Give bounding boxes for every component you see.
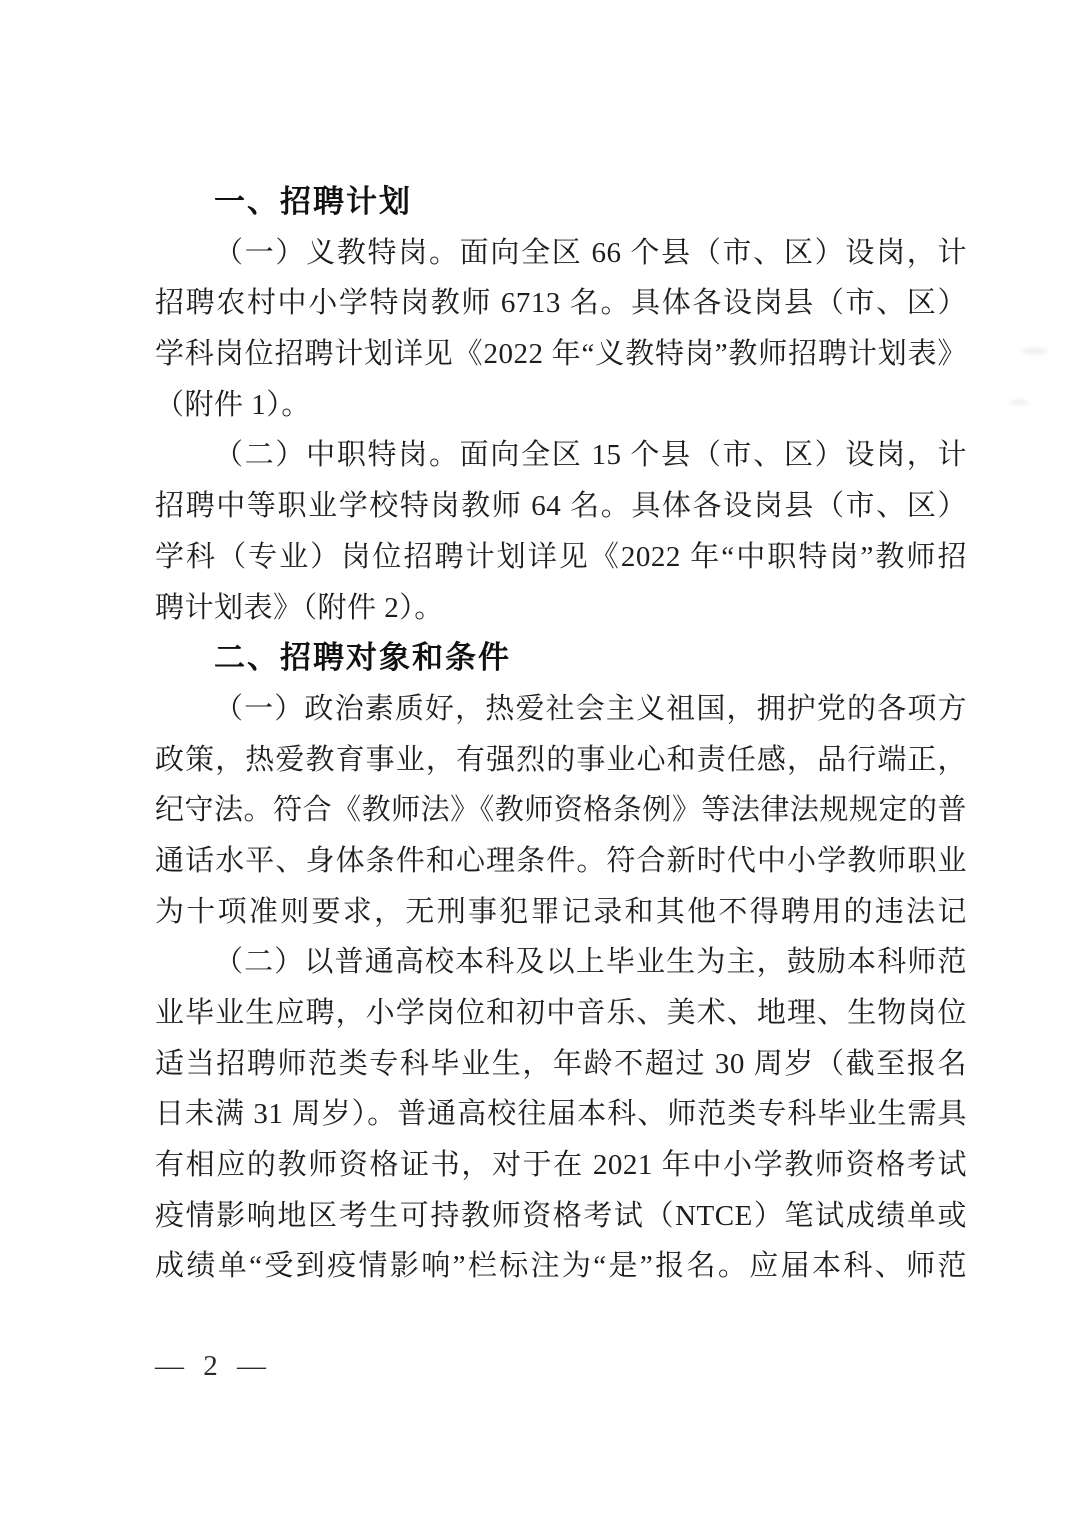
- text-line: 有相应的教师资格证书，对于在 2021 年中小学教师资格考试受: [155, 1140, 967, 1191]
- scan-artifact: [1022, 348, 1048, 354]
- scan-artifact: [1010, 400, 1028, 405]
- text-line: 成绩单“受到疫情影响”栏标注为“是”报名。应届本科、师范: [155, 1241, 967, 1292]
- text-line: 通话水平、身体条件和心理条件。符合新时代中小学教师职业行: [155, 836, 967, 887]
- text-line: （二）以普通高校本科及以上毕业生为主，鼓励本科师范专: [155, 937, 967, 988]
- text-line: 疫情影响地区考生可持教师资格考试（NTCE）笔试成绩单或面试: [155, 1191, 967, 1242]
- text-line: 招聘中等职业学校特岗教师 64 名。具体各设岗县（市、区）分: [155, 481, 967, 532]
- document-page: 一、招聘计划 （一）义教特岗。面向全区 66 个县（市、区）设岗，计划 招聘农村…: [0, 0, 1080, 1528]
- text-line: 学科岗位招聘计划详见《2022 年“义教特岗”教师招聘计划表》: [155, 329, 967, 380]
- text-line: （一）义教特岗。面向全区 66 个县（市、区）设岗，计划: [155, 228, 967, 279]
- text-line: 招聘农村中小学特岗教师 6713 名。具体各设岗县（市、区）分: [155, 278, 967, 329]
- text-line: 政策，热爱教育事业，有强烈的事业心和责任感，品行端正，遵: [155, 735, 967, 786]
- text-line: 纪守法。符合《教师法》《教师资格条例》等法律法规规定的普: [155, 785, 967, 836]
- text-line: （一）政治素质好，热爱社会主义祖国，拥护党的各项方针、: [155, 684, 967, 735]
- text-line: （二）中职特岗。面向全区 15 个县（市、区）设岗，计划: [155, 430, 967, 481]
- text-line: 为十项准则要求，无刑事犯罪记录和其他不得聘用的违法记录。: [155, 887, 967, 938]
- section-heading-recruitment-targets: 二、招聘对象和条件: [155, 633, 967, 684]
- text-line: 聘计划表》（附件 2）。: [155, 583, 967, 634]
- document-body: 一、招聘计划 （一）义教特岗。面向全区 66 个县（市、区）设岗，计划 招聘农村…: [155, 177, 967, 1292]
- text-line: 学科（专业）岗位招聘计划详见《2022 年“中职特岗”教师招: [155, 532, 967, 583]
- section-heading-recruitment-plan: 一、招聘计划: [155, 177, 967, 228]
- text-line: 业毕业生应聘，小学岗位和初中音乐、美术、地理、生物岗位可: [155, 988, 967, 1039]
- text-line: 日未满 31 周岁）。普通高校往届本科、师范类专科毕业生需具: [155, 1089, 967, 1140]
- text-line: （附件 1）。: [155, 380, 967, 431]
- text-line: 适当招聘师范类专科毕业生，年龄不超过 30 周岁（截至报名首: [155, 1039, 967, 1090]
- page-number: — 2 —: [155, 1346, 272, 1386]
